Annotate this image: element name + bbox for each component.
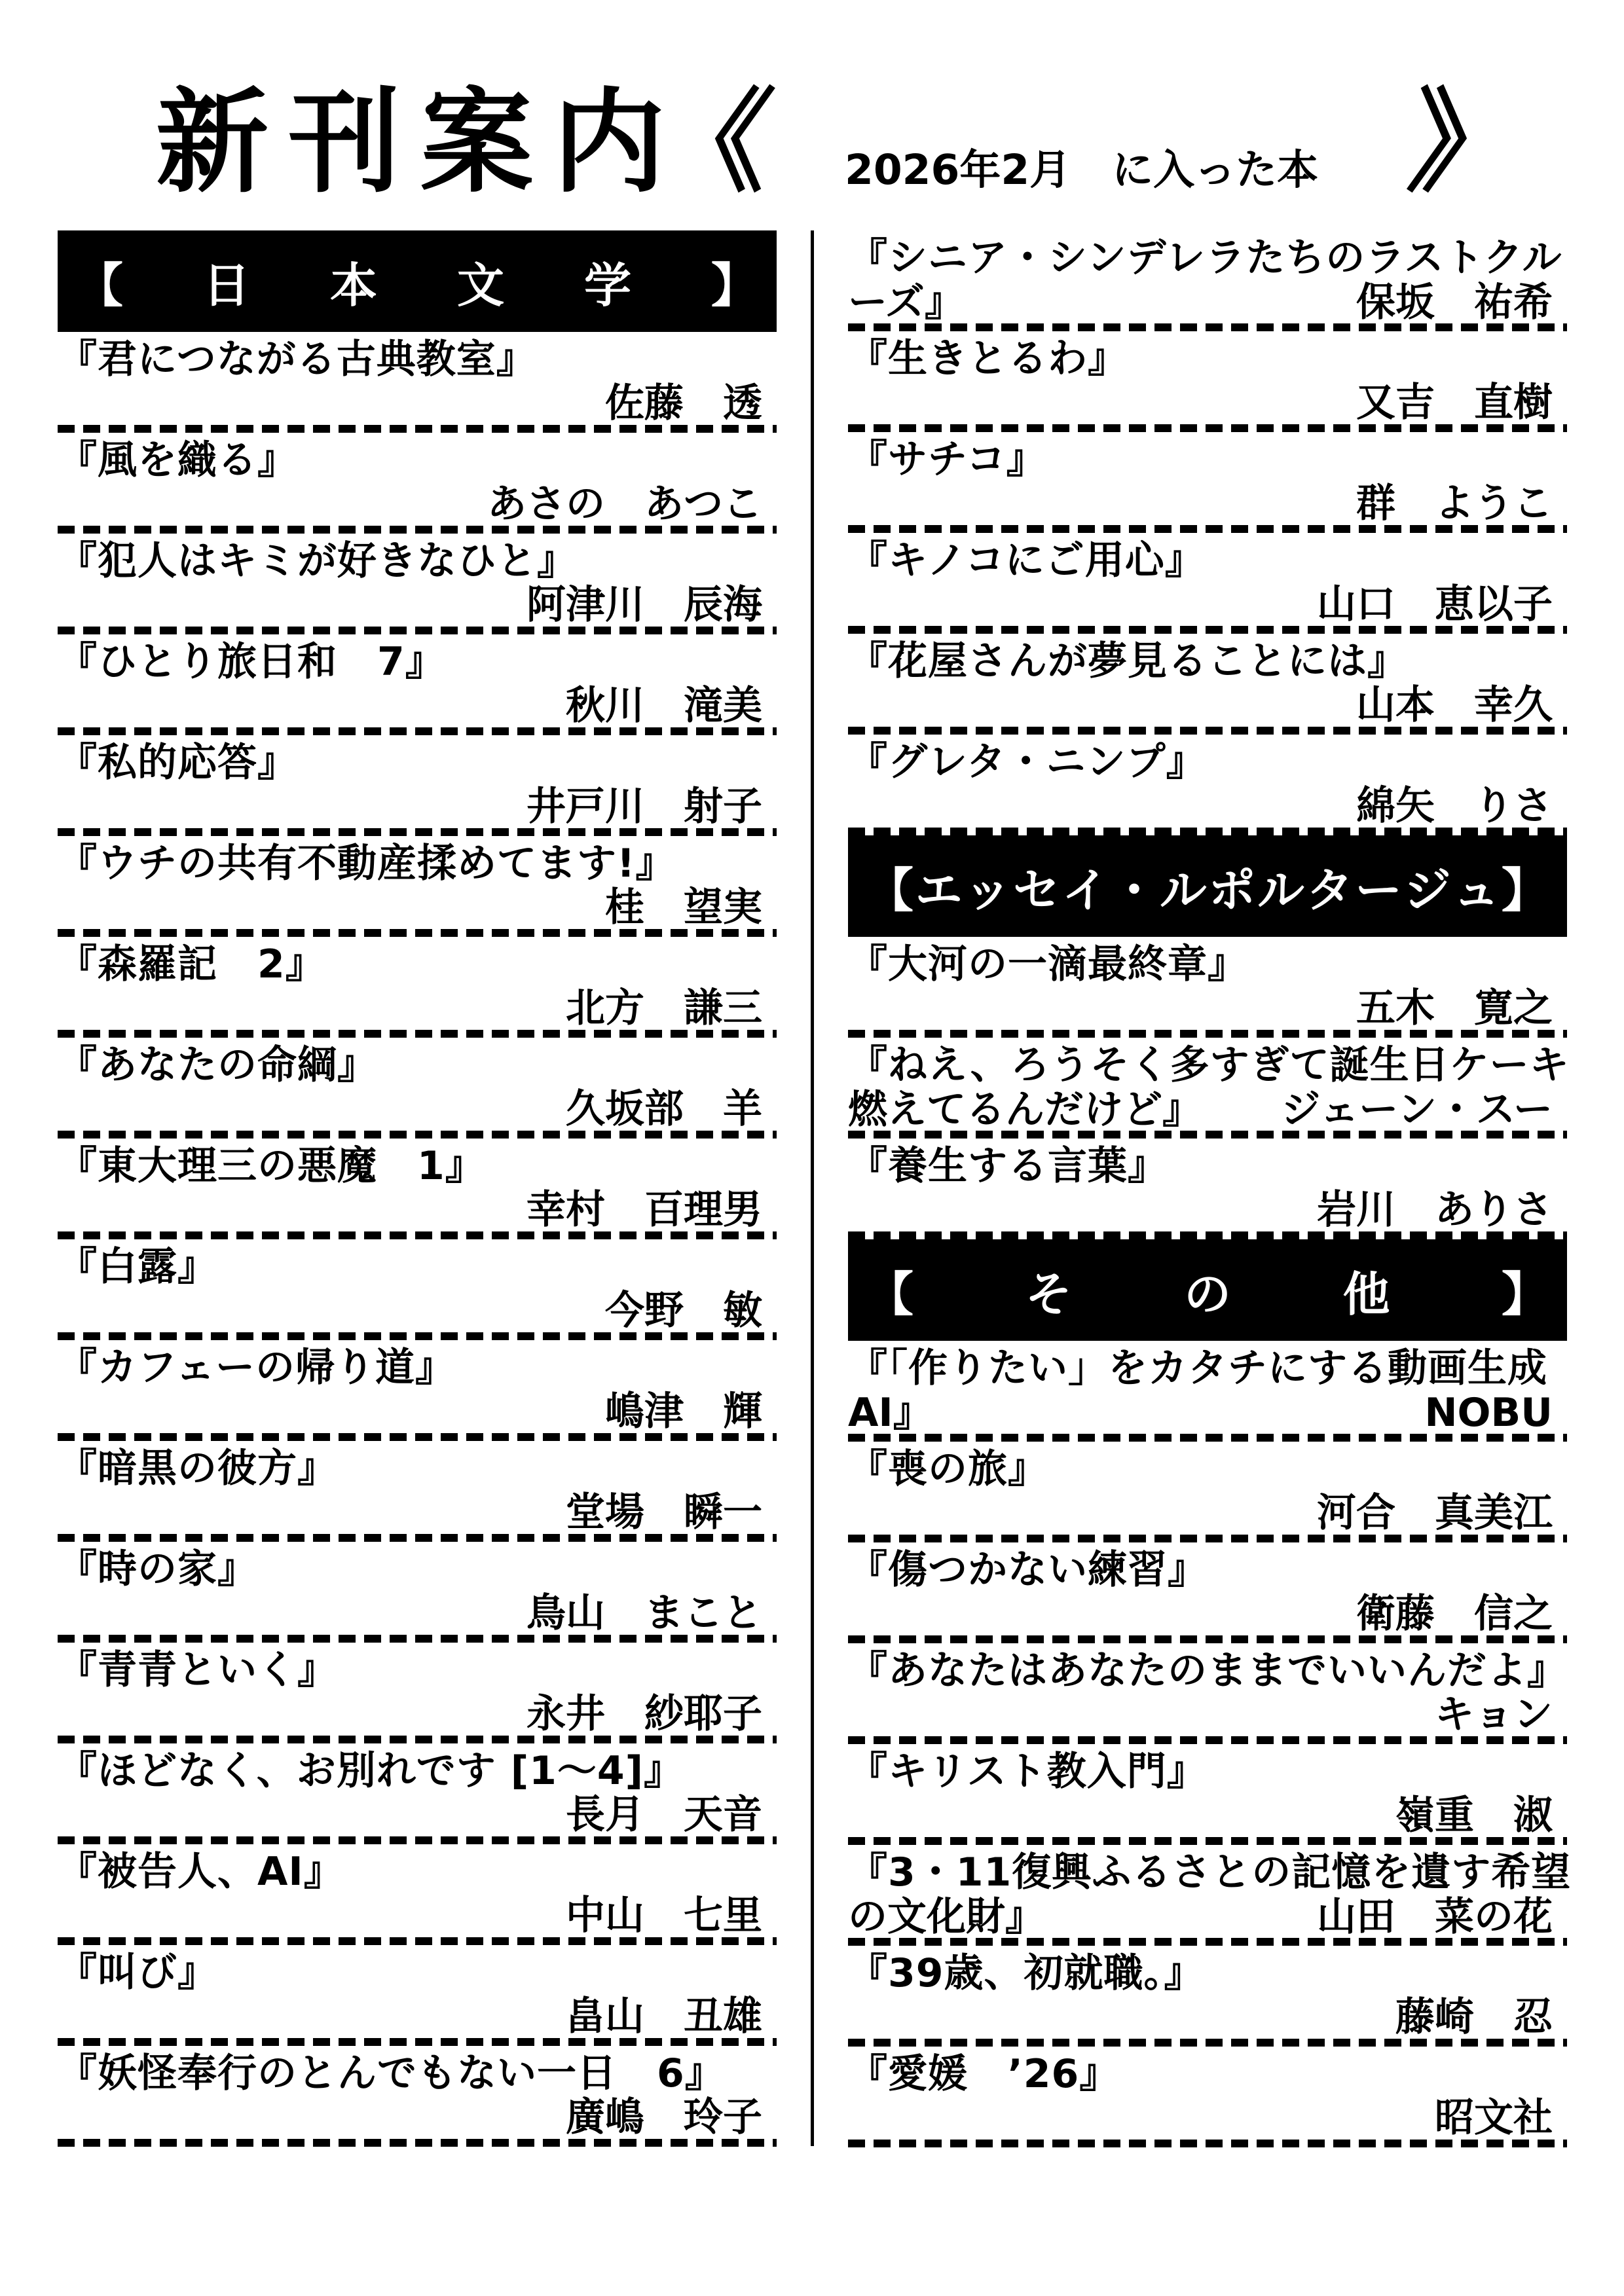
book-entry: 『サチコ』 群 ようこ — [848, 432, 1567, 533]
double-angle-close-bracket: 》 — [1402, 77, 1532, 208]
book-title: 『時の家』 — [58, 1547, 777, 1592]
book-author: 秋川 滝美 — [58, 684, 777, 727]
book-title: 『カフェーの帰り道』 — [58, 1345, 777, 1390]
book-author: 嶺重 淑 — [848, 1794, 1567, 1837]
book-author: 久坂部 羊 — [58, 1087, 777, 1131]
book-author: 群 ようこ — [848, 482, 1567, 525]
book-title: 『暗黒の彼方』 — [58, 1446, 777, 1491]
book-author: 井戸川 射子 — [58, 785, 777, 828]
book-title: 『あなたの命綱』 — [58, 1043, 777, 1087]
book-title: 『39歳、初就職。』 — [848, 1951, 1567, 1995]
double-angle-open-bracket: 《 — [649, 77, 779, 208]
book-author: NOBU — [1424, 1391, 1553, 1435]
book-author: 保坂 祐希 — [1356, 280, 1553, 325]
section-header-japanese-literature: 【日本文学】 — [58, 230, 777, 332]
book-author: 畠山 丑雄 — [58, 1995, 777, 2038]
book-entry: 『大河の一滴最終章』 五木 寛之 — [848, 937, 1567, 1038]
book-author: 桂 望実 — [58, 886, 777, 929]
book-title: 『サチコ』 — [848, 437, 1567, 482]
newsletter-page: 新刊案内 《 2026年2月 に入った本 》 【日本文学】 『君につながる古典教… — [0, 0, 1624, 2296]
book-title: 『ひとり旅日和 7』 — [58, 640, 777, 684]
book-entry: 『「作りたい」をカタチにする動画生成 AI』 NOBU — [848, 1341, 1567, 1442]
book-title: 『あなたはあなたのままでいいんだよ』 — [848, 1649, 1567, 1693]
book-title-line2: の文化財』 — [848, 1895, 1044, 1939]
book-entry: 『時の家』 鳥山 まこと — [58, 1542, 777, 1643]
book-title: 『犯人はキミが好きなひと』 — [58, 539, 777, 583]
book-entry: 『あなたの命綱』 久坂部 羊 — [58, 1038, 777, 1139]
book-author: 山本 幸久 — [848, 683, 1567, 727]
book-author: 鳥山 まこと — [58, 1592, 777, 1635]
book-title: 『私的応答』 — [58, 740, 777, 785]
book-author: 五木 寛之 — [848, 987, 1567, 1030]
book-author: 中山 七里 — [58, 1894, 777, 1937]
book-author: 長月 天音 — [58, 1793, 777, 1836]
book-entry: 『君につながる古典教室』 佐藤 透 — [58, 332, 777, 433]
book-entry: 『39歳、初就職。』 藤崎 忍 — [848, 1946, 1567, 2047]
book-entry: 『叫び』 畠山 丑雄 — [58, 1945, 777, 2046]
book-title: 『君につながる古典教室』 — [58, 337, 777, 382]
book-author: 嶋津 輝 — [58, 1390, 777, 1433]
book-title-line2: AI』 — [848, 1391, 932, 1435]
book-entry: 『ねえ、ろうそく多すぎて誕生日ケーキ 燃えてるんだけど』 ジェーン・スー — [848, 1038, 1567, 1139]
book-entry: 『ほどなく、お別れです [1〜4]』 長月 天音 — [58, 1743, 777, 1844]
book-entry: 『養生する言葉』 岩川 ありさ — [848, 1139, 1567, 1239]
book-entry: 『傷つかない練習』 衛藤 信之 — [848, 1542, 1567, 1643]
book-title: 『生きとるわ』 — [848, 337, 1567, 381]
book-author: 山田 菜の花 — [1317, 1895, 1553, 1939]
book-author: 昭文社 — [848, 2096, 1567, 2140]
book-title: 『ウチの共有不動産揉めてます!』 — [58, 841, 777, 886]
book-entry: 『グレタ・ニンプ』 綿矢 りさ — [848, 735, 1567, 835]
book-author: 堂場 瞬一 — [58, 1491, 777, 1534]
book-entry: 『愛媛 ’26』 昭文社 — [848, 2047, 1567, 2147]
book-title: 『キリスト教入門』 — [848, 1749, 1567, 1794]
book-title-line1: 『シニア・シンデレラたちのラストクル — [848, 236, 1567, 280]
book-title-line2: ーズ』 — [848, 280, 964, 325]
book-title: 『養生する言葉』 — [848, 1144, 1567, 1188]
book-author: 永井 紗耶子 — [58, 1692, 777, 1736]
book-entry: 『喪の旅』 河合 真美江 — [848, 1442, 1567, 1542]
book-entry: 『ウチの共有不動産揉めてます!』 桂 望実 — [58, 836, 777, 937]
book-title: 『白露』 — [58, 1245, 777, 1289]
book-author: あさの あつこ — [58, 483, 777, 526]
header-subtitle: 2026年2月 に入った本 — [845, 131, 1318, 210]
book-entry: 『妖怪奉行のとんでもない一日 6』 廣嶋 玲子 — [58, 2046, 777, 2147]
book-author: 衛藤 信之 — [848, 1592, 1567, 1635]
book-entry: 『花屋さんが夢見ることには』 山本 幸久 — [848, 634, 1567, 735]
book-title: 『グレタ・ニンプ』 — [848, 740, 1567, 784]
book-title-line2: 燃えてるんだけど』 — [848, 1087, 1202, 1132]
book-entry: 『あなたはあなたのままでいいんだよ』 キョン — [848, 1643, 1567, 1744]
book-author: 廣嶋 玲子 — [58, 2096, 777, 2139]
book-title: 『愛媛 ’26』 — [848, 2052, 1567, 2096]
column-divider — [811, 230, 814, 2146]
book-entry: 『キリスト教入門』 嶺重 淑 — [848, 1744, 1567, 1845]
book-title: 『東大理三の悪魔 1』 — [58, 1144, 777, 1188]
book-author: キョン — [848, 1693, 1567, 1736]
book-author: 佐藤 透 — [58, 382, 777, 425]
book-author: 綿矢 りさ — [848, 784, 1567, 828]
book-entry: 『森羅記 2』 北方 謙三 — [58, 937, 777, 1038]
book-title: 『妖怪奉行のとんでもない一日 6』 — [58, 2051, 777, 2096]
book-title: 『被告人、AI』 — [58, 1850, 777, 1894]
book-entry: 『被告人、AI』 中山 七里 — [58, 1844, 777, 1945]
book-entry: 『東大理三の悪魔 1』 幸村 百理男 — [58, 1139, 777, 1239]
book-author: 河合 真美江 — [848, 1491, 1567, 1535]
book-entry: 『ひとり旅日和 7』 秋川 滝美 — [58, 634, 777, 735]
book-title: 『花屋さんが夢見ることには』 — [848, 639, 1567, 683]
book-title: 『青青といく』 — [58, 1648, 777, 1692]
right-column: 『シニア・シンデレラたちのラストクル ーズ』 保坂 祐希 『生きとるわ』 又吉 … — [848, 230, 1567, 2147]
book-title-line1: 『ねえ、ろうそく多すぎて誕生日ケーキ — [848, 1043, 1567, 1087]
book-title: 『森羅記 2』 — [58, 942, 777, 987]
book-title: 『叫び』 — [58, 1950, 777, 1995]
book-author: ジェーン・スー — [1281, 1087, 1553, 1132]
book-title: 『キノコにご用心』 — [848, 538, 1567, 583]
book-entry: 『風を織る』 あさの あつこ — [58, 433, 777, 534]
book-entry: 『私的応答』 井戸川 射子 — [58, 735, 777, 836]
book-entry: 『青青といく』 永井 紗耶子 — [58, 1643, 777, 1743]
book-author: 藤崎 忍 — [848, 1995, 1567, 2039]
book-entry: 『キノコにご用心』 山口 恵以子 — [848, 533, 1567, 634]
book-author: 阿津川 辰海 — [58, 583, 777, 627]
section-header-essay-reportage: 【エッセイ・ルポルタージュ】 — [848, 835, 1567, 937]
book-author: 又吉 直樹 — [848, 381, 1567, 424]
book-title-line1: 『「作りたい」をカタチにする動画生成 — [848, 1346, 1567, 1391]
book-title-line1: 『3・11復興ふるさとの記憶を遺す希望 — [848, 1850, 1567, 1895]
book-author: 岩川 ありさ — [848, 1188, 1567, 1231]
book-author: 山口 恵以子 — [848, 583, 1567, 626]
book-title: 『ほどなく、お別れです [1〜4]』 — [58, 1749, 777, 1793]
book-author: 北方 謙三 — [58, 987, 777, 1030]
book-entry: 『シニア・シンデレラたちのラストクル ーズ』 保坂 祐希 — [848, 230, 1567, 331]
book-title: 『大河の一滴最終章』 — [848, 942, 1567, 987]
section-header-other: 【その他】 — [848, 1239, 1567, 1341]
book-entry: 『白露』 今野 敏 — [58, 1239, 777, 1340]
book-author: 今野 敏 — [58, 1289, 777, 1332]
book-title: 『傷つかない練習』 — [848, 1548, 1567, 1592]
book-entry: 『犯人はキミが好きなひと』 阿津川 辰海 — [58, 534, 777, 634]
book-title: 『風を織る』 — [58, 438, 777, 483]
book-author: 幸村 百理男 — [58, 1188, 777, 1231]
book-entry: 『生きとるわ』 又吉 直樹 — [848, 331, 1567, 432]
left-column: 【日本文学】 『君につながる古典教室』 佐藤 透 『風を織る』 あさの あつこ … — [58, 230, 777, 2147]
book-title: 『喪の旅』 — [848, 1447, 1567, 1491]
book-entry: 『3・11復興ふるさとの記憶を遺す希望 の文化財』 山田 菜の花 — [848, 1845, 1567, 1946]
page-title: 新刊案内 — [156, 77, 685, 208]
book-entry: 『暗黒の彼方』 堂場 瞬一 — [58, 1441, 777, 1542]
book-entry: 『カフェーの帰り道』 嶋津 輝 — [58, 1340, 777, 1441]
